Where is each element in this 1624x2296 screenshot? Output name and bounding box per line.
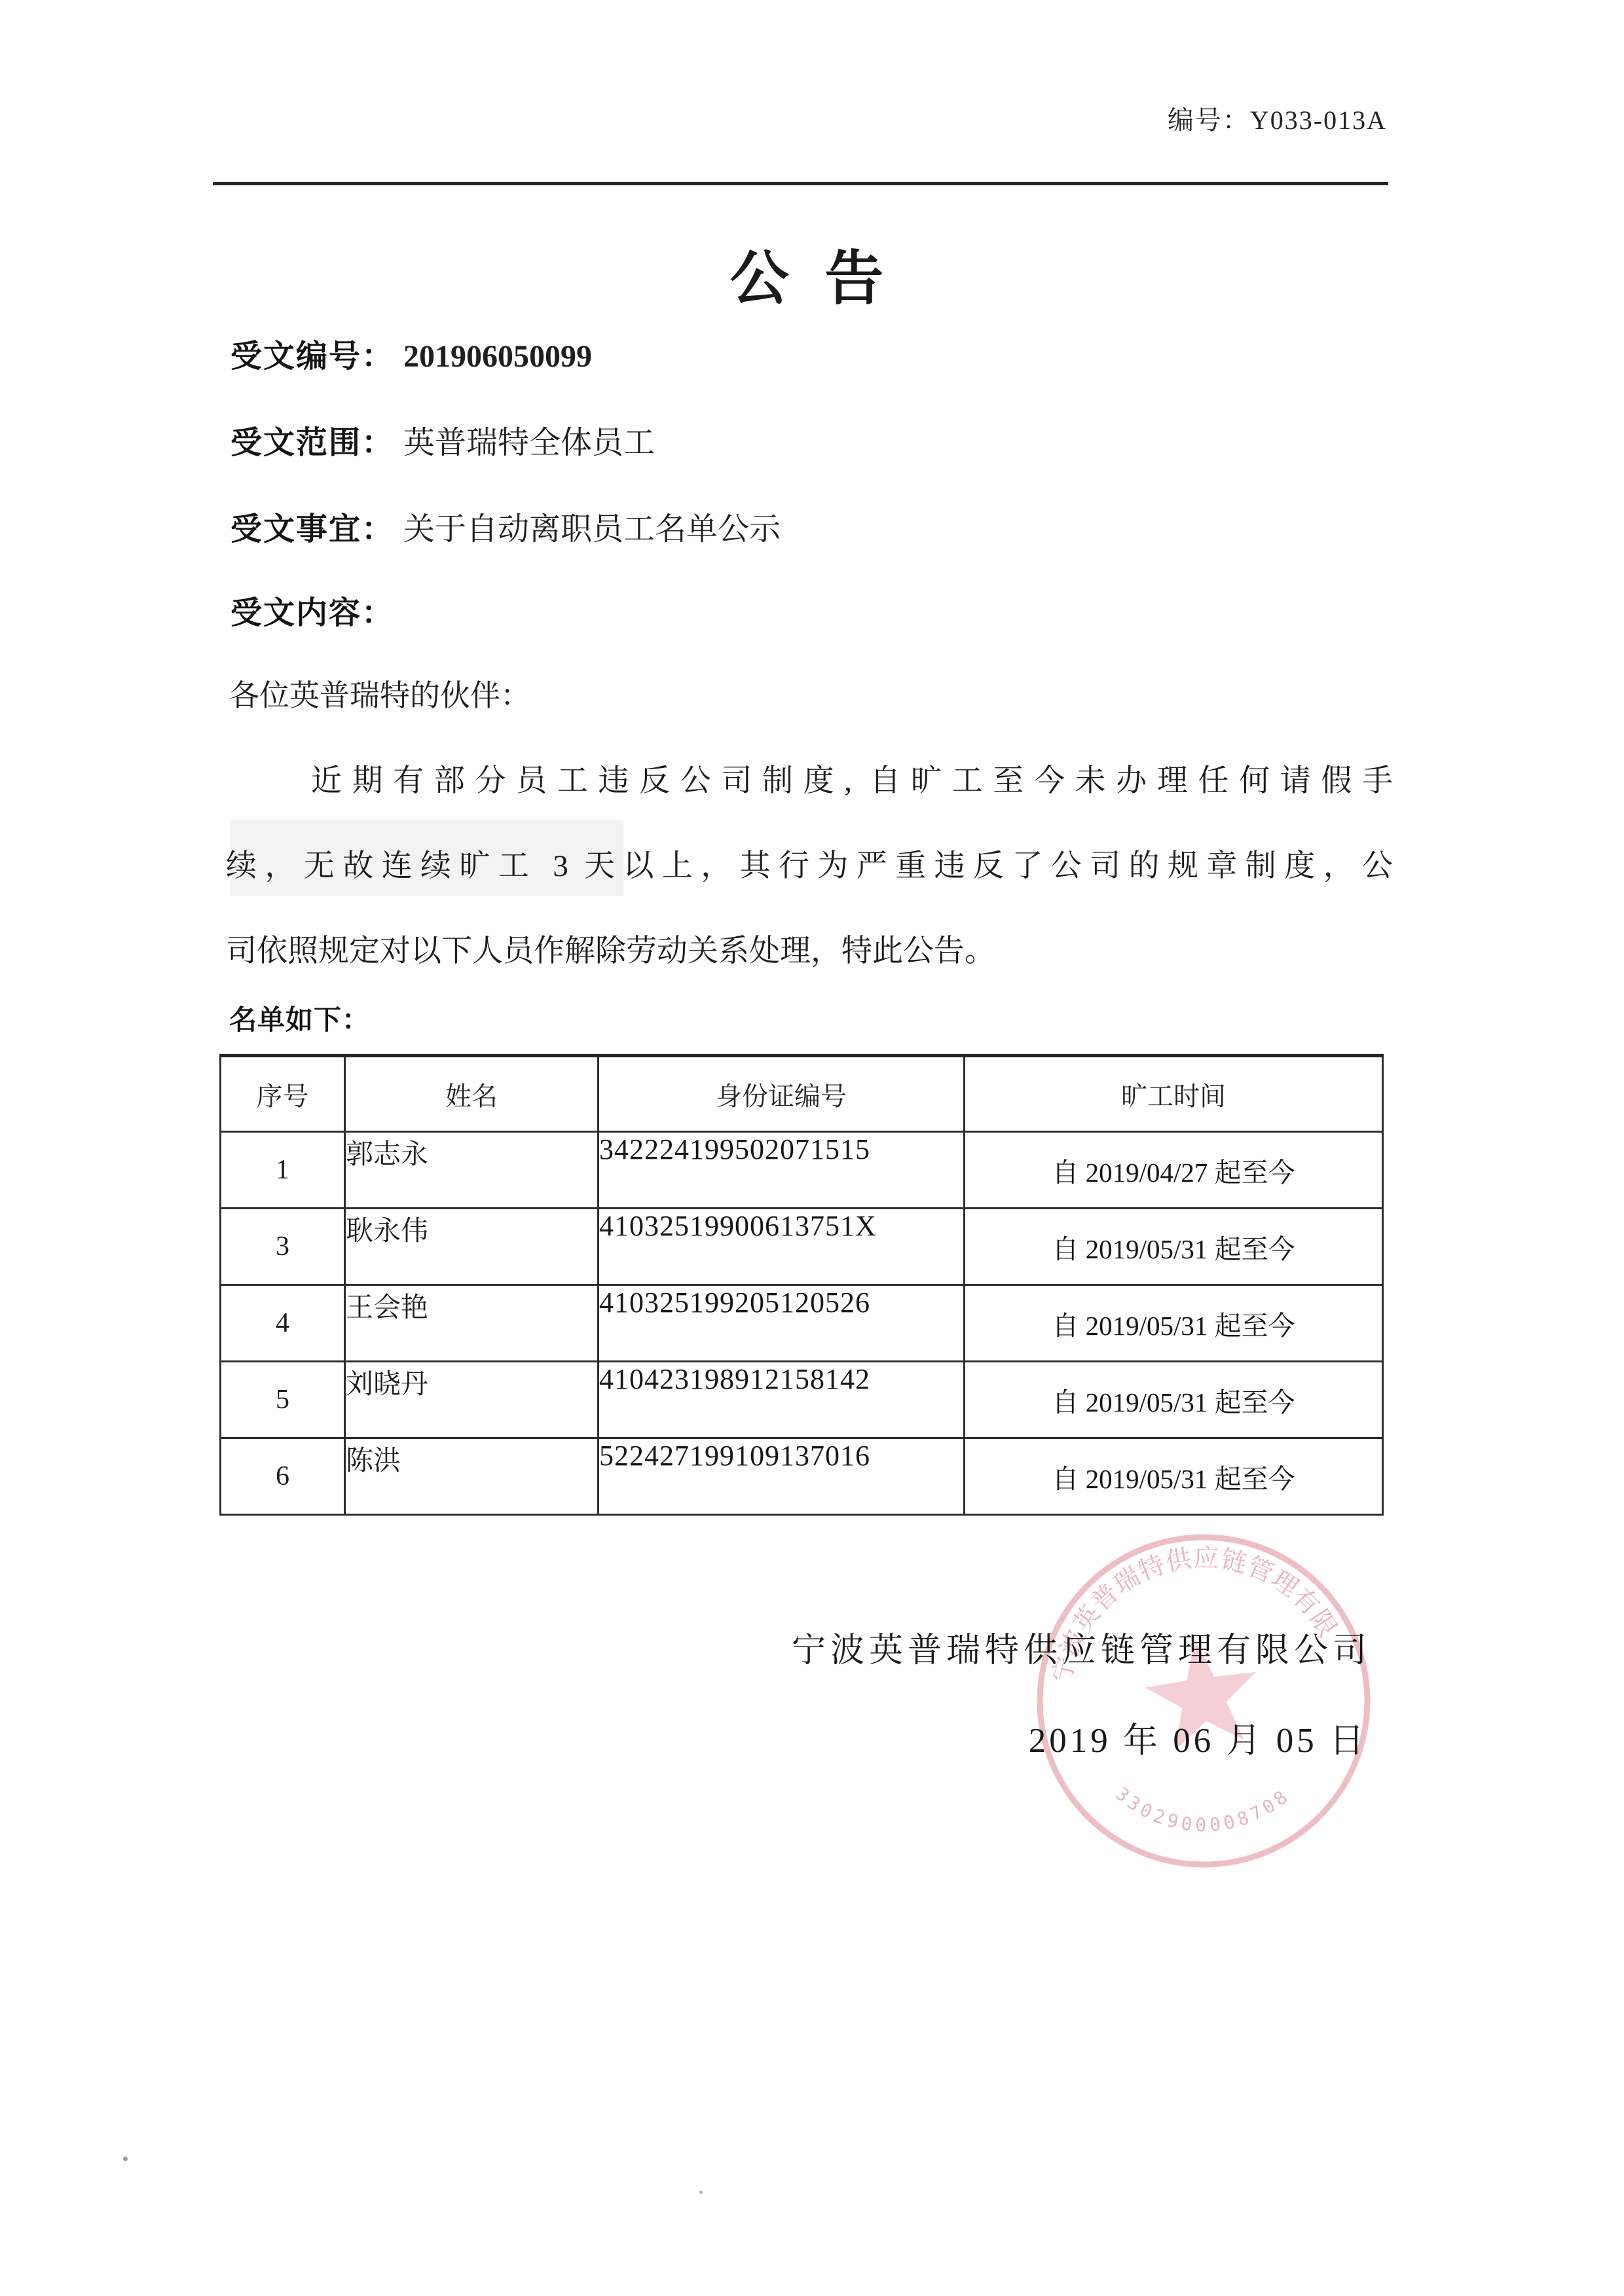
cell-absence-time: 自 2019/04/27 起至今 — [965, 1132, 1383, 1209]
cell-index: 5 — [221, 1362, 345, 1438]
signoff-company: 宁波英普瑞特供应链管理有限公司 — [792, 1622, 1371, 1671]
cell-id-number: 342224199502071515 — [599, 1132, 965, 1209]
meta-subject-line: 受文事宜：关于自动离职员工名单公示 — [231, 503, 1396, 549]
cell-absence-time: 自 2019/05/31 起至今 — [965, 1438, 1383, 1515]
scan-speck — [123, 2157, 128, 2161]
signoff-date: 2019 年 06 月 05 日 — [1029, 1713, 1367, 1762]
cell-id-number: 410423198912158142 — [599, 1362, 965, 1438]
table-row: 5 刘晓丹 410423198912158142 自 2019/05/31 起至… — [221, 1362, 1383, 1438]
meta-label-scope: 受文范围： — [231, 426, 394, 460]
body-paragraph: 近期有部分员工违反公司制度, 自旷工至今未办理任何请假手 续，无故连续旷工 3 … — [226, 738, 1393, 994]
table-header-row: 序号 姓名 身份证编号 旷工时间 — [221, 1056, 1383, 1132]
meta-label-content: 受文内容： — [231, 596, 394, 630]
cell-name: 陈洪 — [345, 1438, 599, 1515]
meta-doc-number-line: 受文编号：201906050099 — [231, 331, 1396, 376]
cell-name: 耿永伟 — [345, 1209, 599, 1285]
meta-label-subject: 受文事宜： — [231, 512, 394, 547]
company-seal-stamp: 宁波英普瑞特供应链管理有限公司 3302900008708 — [1020, 1518, 1387, 1884]
meta-label-doc-number: 受文编号： — [231, 339, 394, 374]
header-name: 姓名 — [345, 1056, 599, 1132]
seal-number-text-path: 3302900008708 — [1109, 1760, 1298, 1850]
table-row: 1 郭志永 342224199502071515 自 2019/04/27 起至… — [221, 1132, 1383, 1209]
cell-id-number: 41032519900613751X — [599, 1209, 965, 1285]
cell-index: 6 — [221, 1438, 345, 1515]
table-row: 3 耿永伟 41032519900613751X 自 2019/05/31 起至… — [221, 1209, 1383, 1285]
cell-id-number: 410325199205120526 — [599, 1285, 965, 1362]
list-label: 名单如下： — [229, 998, 370, 1038]
meta-value-doc-number: 201906050099 — [403, 339, 592, 374]
cell-name: 王会艳 — [345, 1285, 599, 1362]
table-row: 4 王会艳 410325199205120526 自 2019/05/31 起至… — [221, 1285, 1383, 1362]
table-row: 6 陈洪 522427199109137016 自 2019/05/31 起至今 — [221, 1438, 1383, 1515]
page-title: 公 告 — [0, 230, 1624, 316]
cell-absence-time: 自 2019/05/31 起至今 — [965, 1209, 1383, 1285]
header-absence-time: 旷工时间 — [965, 1056, 1383, 1132]
scan-speck — [699, 2191, 703, 2194]
seal-number: 3302900008708 — [1109, 1760, 1298, 1850]
header-index: 序号 — [221, 1056, 345, 1132]
cell-index: 1 — [221, 1132, 345, 1209]
salutation: 各位英普瑞特的伙伴： — [229, 672, 530, 715]
cell-name: 刘晓丹 — [345, 1362, 599, 1438]
cell-name: 郭志永 — [345, 1132, 599, 1209]
cell-absence-time: 自 2019/05/31 起至今 — [965, 1285, 1383, 1362]
dismissed-employees-table: 序号 姓名 身份证编号 旷工时间 1 郭志永 34222419950207151… — [219, 1054, 1384, 1516]
announcement-page: 编号：Y033-013A 公 告 受文编号：201906050099 受文范围：… — [0, 0, 1624, 2296]
body-line-3: 司依照规定对以下人员作解除劳动关系处理，特此公告。 — [226, 909, 1393, 994]
meta-content-line: 受文内容： — [231, 587, 1396, 632]
header-rule — [213, 182, 1388, 185]
cell-index: 4 — [221, 1285, 345, 1362]
cell-absence-time: 自 2019/05/31 起至今 — [965, 1362, 1383, 1438]
body-line-2: 续，无故连续旷工 3 天以上，其行为严重违反了公司的规章制度，公 — [226, 824, 1393, 909]
cell-id-number: 522427199109137016 — [599, 1438, 965, 1515]
meta-value-subject: 关于自动离职员工名单公示 — [403, 512, 781, 547]
meta-scope-line: 受文范围：英普瑞特全体员工 — [231, 417, 1396, 462]
seal-ring — [1020, 1518, 1387, 1884]
body-line-1: 近期有部分员工违反公司制度, 自旷工至今未办理任何请假手 — [226, 738, 1393, 824]
doc-number: 编号：Y033-013A — [1168, 100, 1387, 137]
header-id-number: 身份证编号 — [599, 1056, 965, 1132]
meta-value-scope: 英普瑞特全体员工 — [403, 426, 655, 460]
cell-index: 3 — [221, 1209, 345, 1285]
